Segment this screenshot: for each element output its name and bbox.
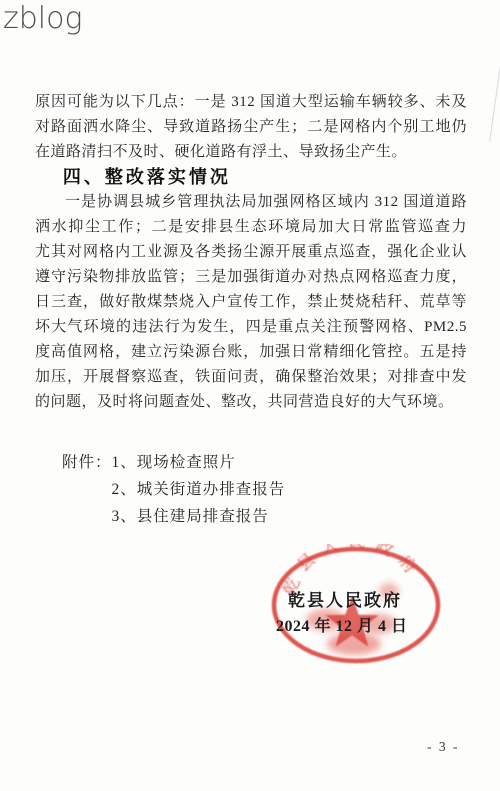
body-line: 日三查，做好散煤禁烧入户宣传工作，禁止焚烧秸秆、荒草等破 — [35, 290, 467, 315]
body-line: 遵守污染物排放监管；三是加强街道办对热点网格巡查力度，一 — [35, 265, 467, 290]
attachments-label: 附件： — [62, 449, 112, 476]
attachment-item: 3、县住建局排查报告 — [112, 503, 286, 530]
body-line: 一是协调县城乡管理执法局加强网格区域内 312 国道道路 — [35, 190, 467, 215]
body-line: 原因可能为以下几点：一是 312 国道大型运输车辆较多、未及时 — [35, 90, 467, 115]
attachments-list: 1、现场检查照片 2、城关街道办排查报告 3、县住建局排查报告 — [112, 449, 286, 530]
document-body: 原因可能为以下几点：一是 312 国道大型运输车辆较多、未及时 对路面洒水降尘、… — [35, 90, 467, 415]
body-line: 洒水抑尘工作；二是安排县生态环境局加大日常监管巡查力度。 — [35, 215, 467, 240]
body-line: 尤其对网格内工业源及各类扬尘源开展重点巡查，强化企业认真 — [35, 240, 467, 265]
body-line: 坏大气环境的违法行为发生，四是重点关注预警网格、PM2.5 浓 — [35, 315, 467, 340]
scan-artifact-line — [489, 58, 500, 141]
page-number: - 3 - — [427, 739, 460, 755]
attachment-item: 2、城关街道办排查报告 — [112, 476, 286, 503]
section-heading: 四、整改落实情况 — [35, 165, 467, 190]
signature-date: 2024 年 12 月 4 日 — [276, 613, 408, 636]
site-watermark: zblog — [3, 1, 82, 36]
attachments-block: 附件： 1、现场检查照片 2、城关街道办排查报告 3、县住建局排查报告 — [62, 449, 285, 530]
body-line: 在道路清扫不及时、硬化道路有浮土、导致扬尘产生。 — [35, 140, 467, 165]
body-line: 的问题，及时将问题查处、整改，共同营造良好的大气环境。 — [35, 390, 467, 415]
scanned-document-page: zblog 原因可能为以下几点：一是 312 国道大型运输车辆较多、未及时 对路… — [0, 0, 500, 791]
body-line: 加压，开展督察巡查，铁面问责，确保整治效果；对排查中发现 — [35, 365, 467, 390]
body-line: 对路面洒水降尘、导致道路扬尘产生；二是网格内个别工地仍存 — [35, 115, 467, 140]
signature-org: 乾县人民政府 — [288, 586, 402, 611]
attachment-item: 1、现场检查照片 — [112, 449, 286, 476]
body-line: 度高值网格，建立污染源台账，加强日常精细化管控。五是持续 — [35, 340, 467, 365]
official-seal: 乾县人民政府 — [268, 544, 453, 679]
